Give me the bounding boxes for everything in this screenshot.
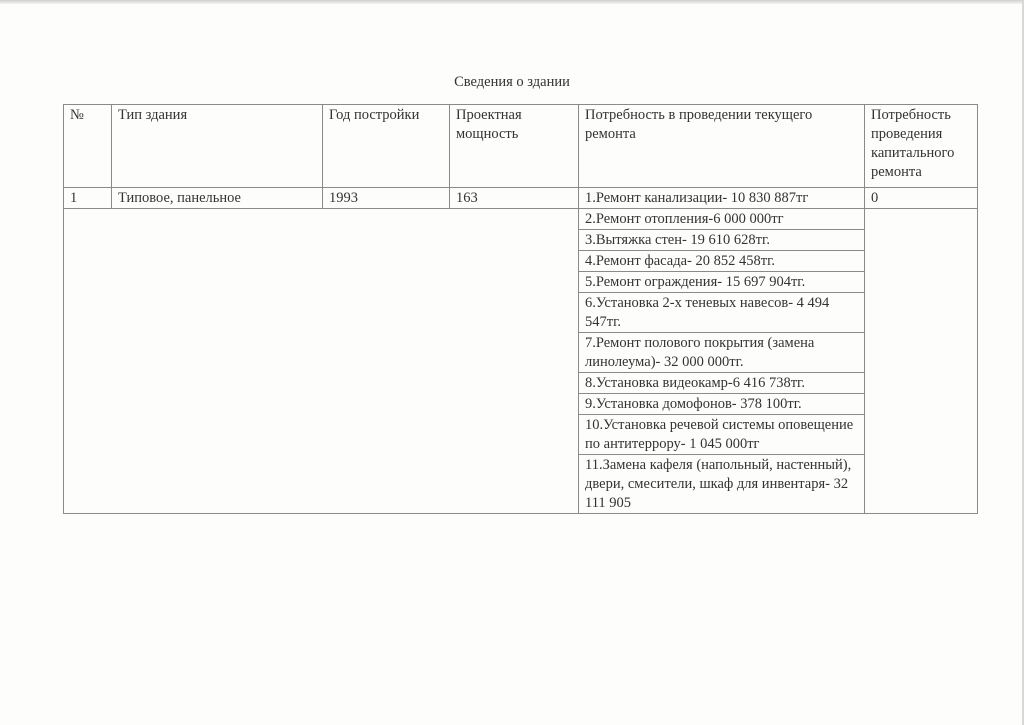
header-design-capacity: Проектная мощность [450, 105, 579, 188]
repair-item-10: 10.Установка речевой системы оповещение … [579, 415, 865, 455]
header-current-repair: Потребность в проведении текущего ремонт… [579, 105, 865, 188]
repair-item-8: 8.Установка видеокамр-6 416 738тг. [579, 373, 865, 394]
cell-building-type: Типовое, панельное [112, 188, 323, 209]
cell-num: 1 [64, 188, 112, 209]
repair-item-1: 1.Ремонт канализации- 10 830 887тг [579, 188, 865, 209]
repair-item-6: 6.Установка 2-х теневых навесов- 4 494 5… [579, 293, 865, 333]
cell-construction-year: 1993 [323, 188, 450, 209]
repair-item-11: 11.Замена кафеля (напольный, настенный),… [579, 455, 865, 514]
header-num: № [64, 105, 112, 188]
repair-item-3: 3.Вытяжка стен- 19 610 628тг. [579, 230, 865, 251]
repair-row: 2.Ремонт отопления-6 000 000тг [64, 209, 978, 230]
document-title: Сведения о здании [0, 74, 1024, 91]
header-capital-repair: Потребность проведения капитального ремо… [865, 105, 978, 188]
cell-capital-repair: 0 [865, 188, 978, 209]
repair-item-2: 2.Ремонт отопления-6 000 000тг [579, 209, 865, 230]
repair-item-5: 5.Ремонт ограждения- 15 697 904тг. [579, 272, 865, 293]
repair-item-7: 7.Ремонт полового покрытия (замена линол… [579, 333, 865, 373]
building-info-table: № Тип здания Год постройки Проектная мощ… [63, 104, 978, 514]
header-construction-year: Год постройки [323, 105, 450, 188]
repair-item-9: 9.Установка домофонов- 378 100тг. [579, 394, 865, 415]
empty-capital-cell [865, 209, 978, 514]
header-row: № Тип здания Год постройки Проектная мощ… [64, 105, 978, 188]
table-row: 1 Типовое, панельное 1993 163 1.Ремонт к… [64, 188, 978, 209]
scan-edge-top [0, 0, 1024, 4]
empty-merged-cell [64, 209, 579, 514]
repair-item-4: 4.Ремонт фасада- 20 852 458тг. [579, 251, 865, 272]
cell-design-capacity: 163 [450, 188, 579, 209]
header-building-type: Тип здания [112, 105, 323, 188]
